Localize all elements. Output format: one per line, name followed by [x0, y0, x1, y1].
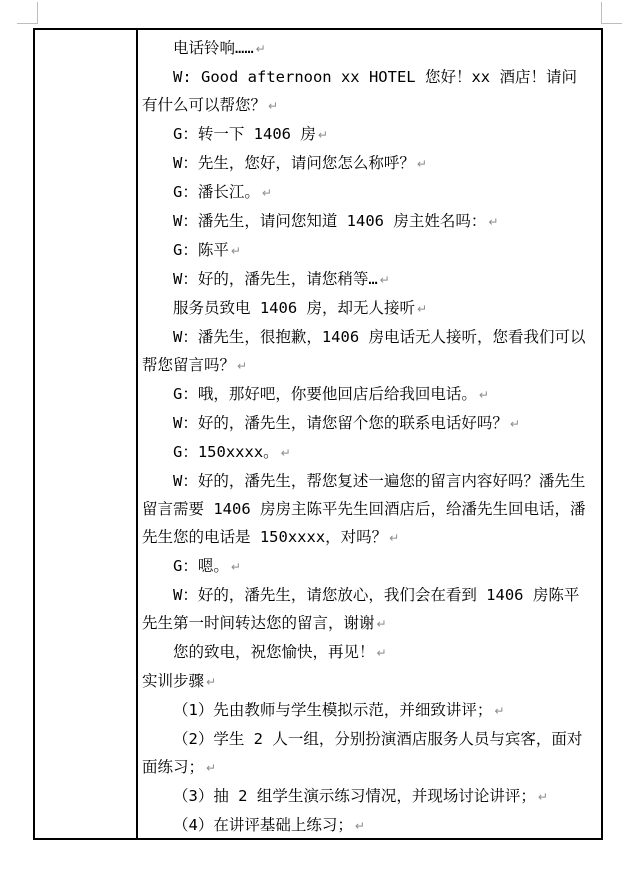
paragraph-text: 实训步骤 — [142, 672, 204, 690]
crop-mark-top-left-vertical — [37, 2, 38, 24]
paragraph-text: 电话铃响…… — [173, 39, 254, 57]
paragraph[interactable]: W：好的，潘先生，帮您复述一遍您的留言内容好吗？潘先生留言需要 1406 房房主… — [142, 467, 591, 552]
paragraph[interactable]: 电话铃响……↵ — [142, 34, 591, 63]
content-table: 电话铃响……↵W: Good afternoon xx HOTEL 您好！xx … — [33, 28, 603, 840]
paragraph[interactable]: W：潘先生，很抱歉，1406 房电话无人接听，您看我们可以帮您留言吗？↵ — [142, 323, 591, 380]
paragraph[interactable]: 您的致电，祝您愉快，再见！↵ — [142, 638, 591, 667]
paragraph-text: W：好的，潘先生，请您留个您的联系电话好吗？ — [173, 414, 508, 432]
crop-mark-top-right-horizontal — [601, 23, 622, 24]
crop-mark-top-right-vertical — [601, 2, 602, 24]
paragraph-mark-icon: ↵ — [281, 446, 291, 460]
paragraph-mark-icon: ↵ — [206, 675, 216, 689]
paragraph-text: （3）抽 2 组学生演示练习情况，并现场讨论讲评； — [173, 787, 536, 805]
paragraph[interactable]: G：150xxxx。↵ — [142, 438, 591, 467]
paragraph-mark-icon: ↵ — [377, 646, 387, 660]
paragraph-mark-icon: ↵ — [268, 99, 278, 113]
paragraph-text: G：150xxxx。 — [173, 443, 279, 461]
paragraph-mark-icon: ↵ — [389, 531, 399, 545]
paragraph-text: W: Good afternoon xx HOTEL 您好！xx 酒店！请问有什… — [142, 68, 577, 114]
crop-mark-top-left-horizontal — [17, 23, 38, 24]
paragraph-text: W：潘先生，很抱歉，1406 房电话无人接听，您看我们可以帮您留言吗？ — [142, 328, 586, 374]
paragraph[interactable]: G：潘长江。↵ — [142, 178, 591, 207]
paragraph[interactable]: W：好的，潘先生，请您稍等…↵ — [142, 265, 591, 294]
paragraph-mark-icon: ↵ — [262, 186, 272, 200]
paragraph-mark-icon: ↵ — [237, 359, 247, 373]
paragraph-text: G：转一下 1406 房 — [173, 125, 316, 143]
paragraph-text: G：潘长江。 — [173, 183, 260, 201]
paragraph[interactable]: W: Good afternoon xx HOTEL 您好！xx 酒店！请问有什… — [142, 63, 591, 120]
paragraph-mark-icon: ↵ — [494, 704, 504, 718]
paragraph-text: 服务员致电 1406 房，却无人接听 — [173, 299, 415, 317]
paragraph-text: W：好的，潘先生，请您放心，我们会在看到 1406 房陈平先生第一时间转达您的留… — [142, 586, 579, 632]
paragraph-mark-icon: ↵ — [206, 761, 216, 775]
paragraph-text: G：哦，那好吧，你要他回店后给我回电话。 — [173, 385, 477, 403]
dialogue-cell[interactable]: 电话铃响……↵W: Good afternoon xx HOTEL 您好！xx … — [138, 30, 601, 838]
paragraph-text: （1）先由教师与学生模拟示范，并细致讲评； — [173, 701, 492, 719]
paragraph-mark-icon: ↵ — [377, 617, 387, 631]
paragraph[interactable]: G：陈平↵ — [142, 236, 591, 265]
paragraph-mark-icon: ↵ — [355, 819, 365, 833]
paragraph[interactable]: W：好的，潘先生，请您放心，我们会在看到 1406 房陈平先生第一时间转达您的留… — [142, 581, 591, 638]
paragraph-text: W：好的，潘先生，请您稍等… — [173, 270, 378, 288]
paragraph[interactable]: （1）先由教师与学生模拟示范，并细致讲评；↵ — [142, 696, 591, 725]
paragraph-mark-icon: ↵ — [538, 790, 548, 804]
paragraph-text: W：先生，您好，请问您怎么称呼？ — [173, 154, 415, 172]
paragraph-text: （4）在讲评基础上练习； — [173, 816, 353, 834]
paragraph-text: 您的致电，祝您愉快，再见！ — [173, 643, 375, 661]
paragraph-mark-icon: ↵ — [417, 302, 427, 316]
paragraph[interactable]: W：好的，潘先生，请您留个您的联系电话好吗？↵ — [142, 409, 591, 438]
paragraph-mark-icon: ↵ — [256, 42, 266, 56]
paragraph[interactable]: G：转一下 1406 房↵ — [142, 120, 591, 149]
paragraph-text: W：潘先生，请问您知道 1406 房主姓名吗： — [173, 212, 486, 230]
paragraph-text: G：嗯。 — [173, 557, 229, 575]
paragraph-mark-icon: ↵ — [479, 388, 489, 402]
paragraph-mark-icon: ↵ — [510, 417, 520, 431]
paragraph-mark-icon: ↵ — [231, 244, 241, 258]
paragraph[interactable]: （4）在讲评基础上练习；↵ — [142, 811, 591, 838]
paragraph[interactable]: G：嗯。↵ — [142, 552, 591, 581]
paragraph-text: G：陈平 — [173, 241, 229, 259]
paragraph-mark-icon: ↵ — [318, 128, 328, 142]
paragraph[interactable]: 服务员致电 1406 房，却无人接听↵ — [142, 294, 591, 323]
paragraph-text: W：好的，潘先生，帮您复述一遍您的留言内容好吗？潘先生留言需要 1406 房房主… — [142, 472, 586, 546]
paragraph[interactable]: （3）抽 2 组学生演示练习情况，并现场讨论讲评；↵ — [142, 782, 591, 811]
paragraph[interactable]: W：先生，您好，请问您怎么称呼？↵ — [142, 149, 591, 178]
paragraph-mark-icon: ↵ — [380, 273, 390, 287]
paragraph[interactable]: G：哦，那好吧，你要他回店后给我回电话。↵ — [142, 380, 591, 409]
paragraph[interactable]: W：潘先生，请问您知道 1406 房主姓名吗：↵ — [142, 207, 591, 236]
document-page: 电话铃响……↵W: Good afternoon xx HOTEL 您好！xx … — [0, 0, 642, 869]
paragraph-mark-icon: ↵ — [488, 215, 498, 229]
paragraph-mark-icon: ↵ — [231, 560, 241, 574]
paragraph-mark-icon: ↵ — [417, 157, 427, 171]
paragraph[interactable]: 实训步骤↵ — [142, 667, 591, 696]
paragraph[interactable]: （2）学生 2 人一组，分别扮演酒店服务人员与宾客，面对面练习；↵ — [142, 725, 591, 782]
left-column-cell[interactable] — [35, 30, 138, 838]
